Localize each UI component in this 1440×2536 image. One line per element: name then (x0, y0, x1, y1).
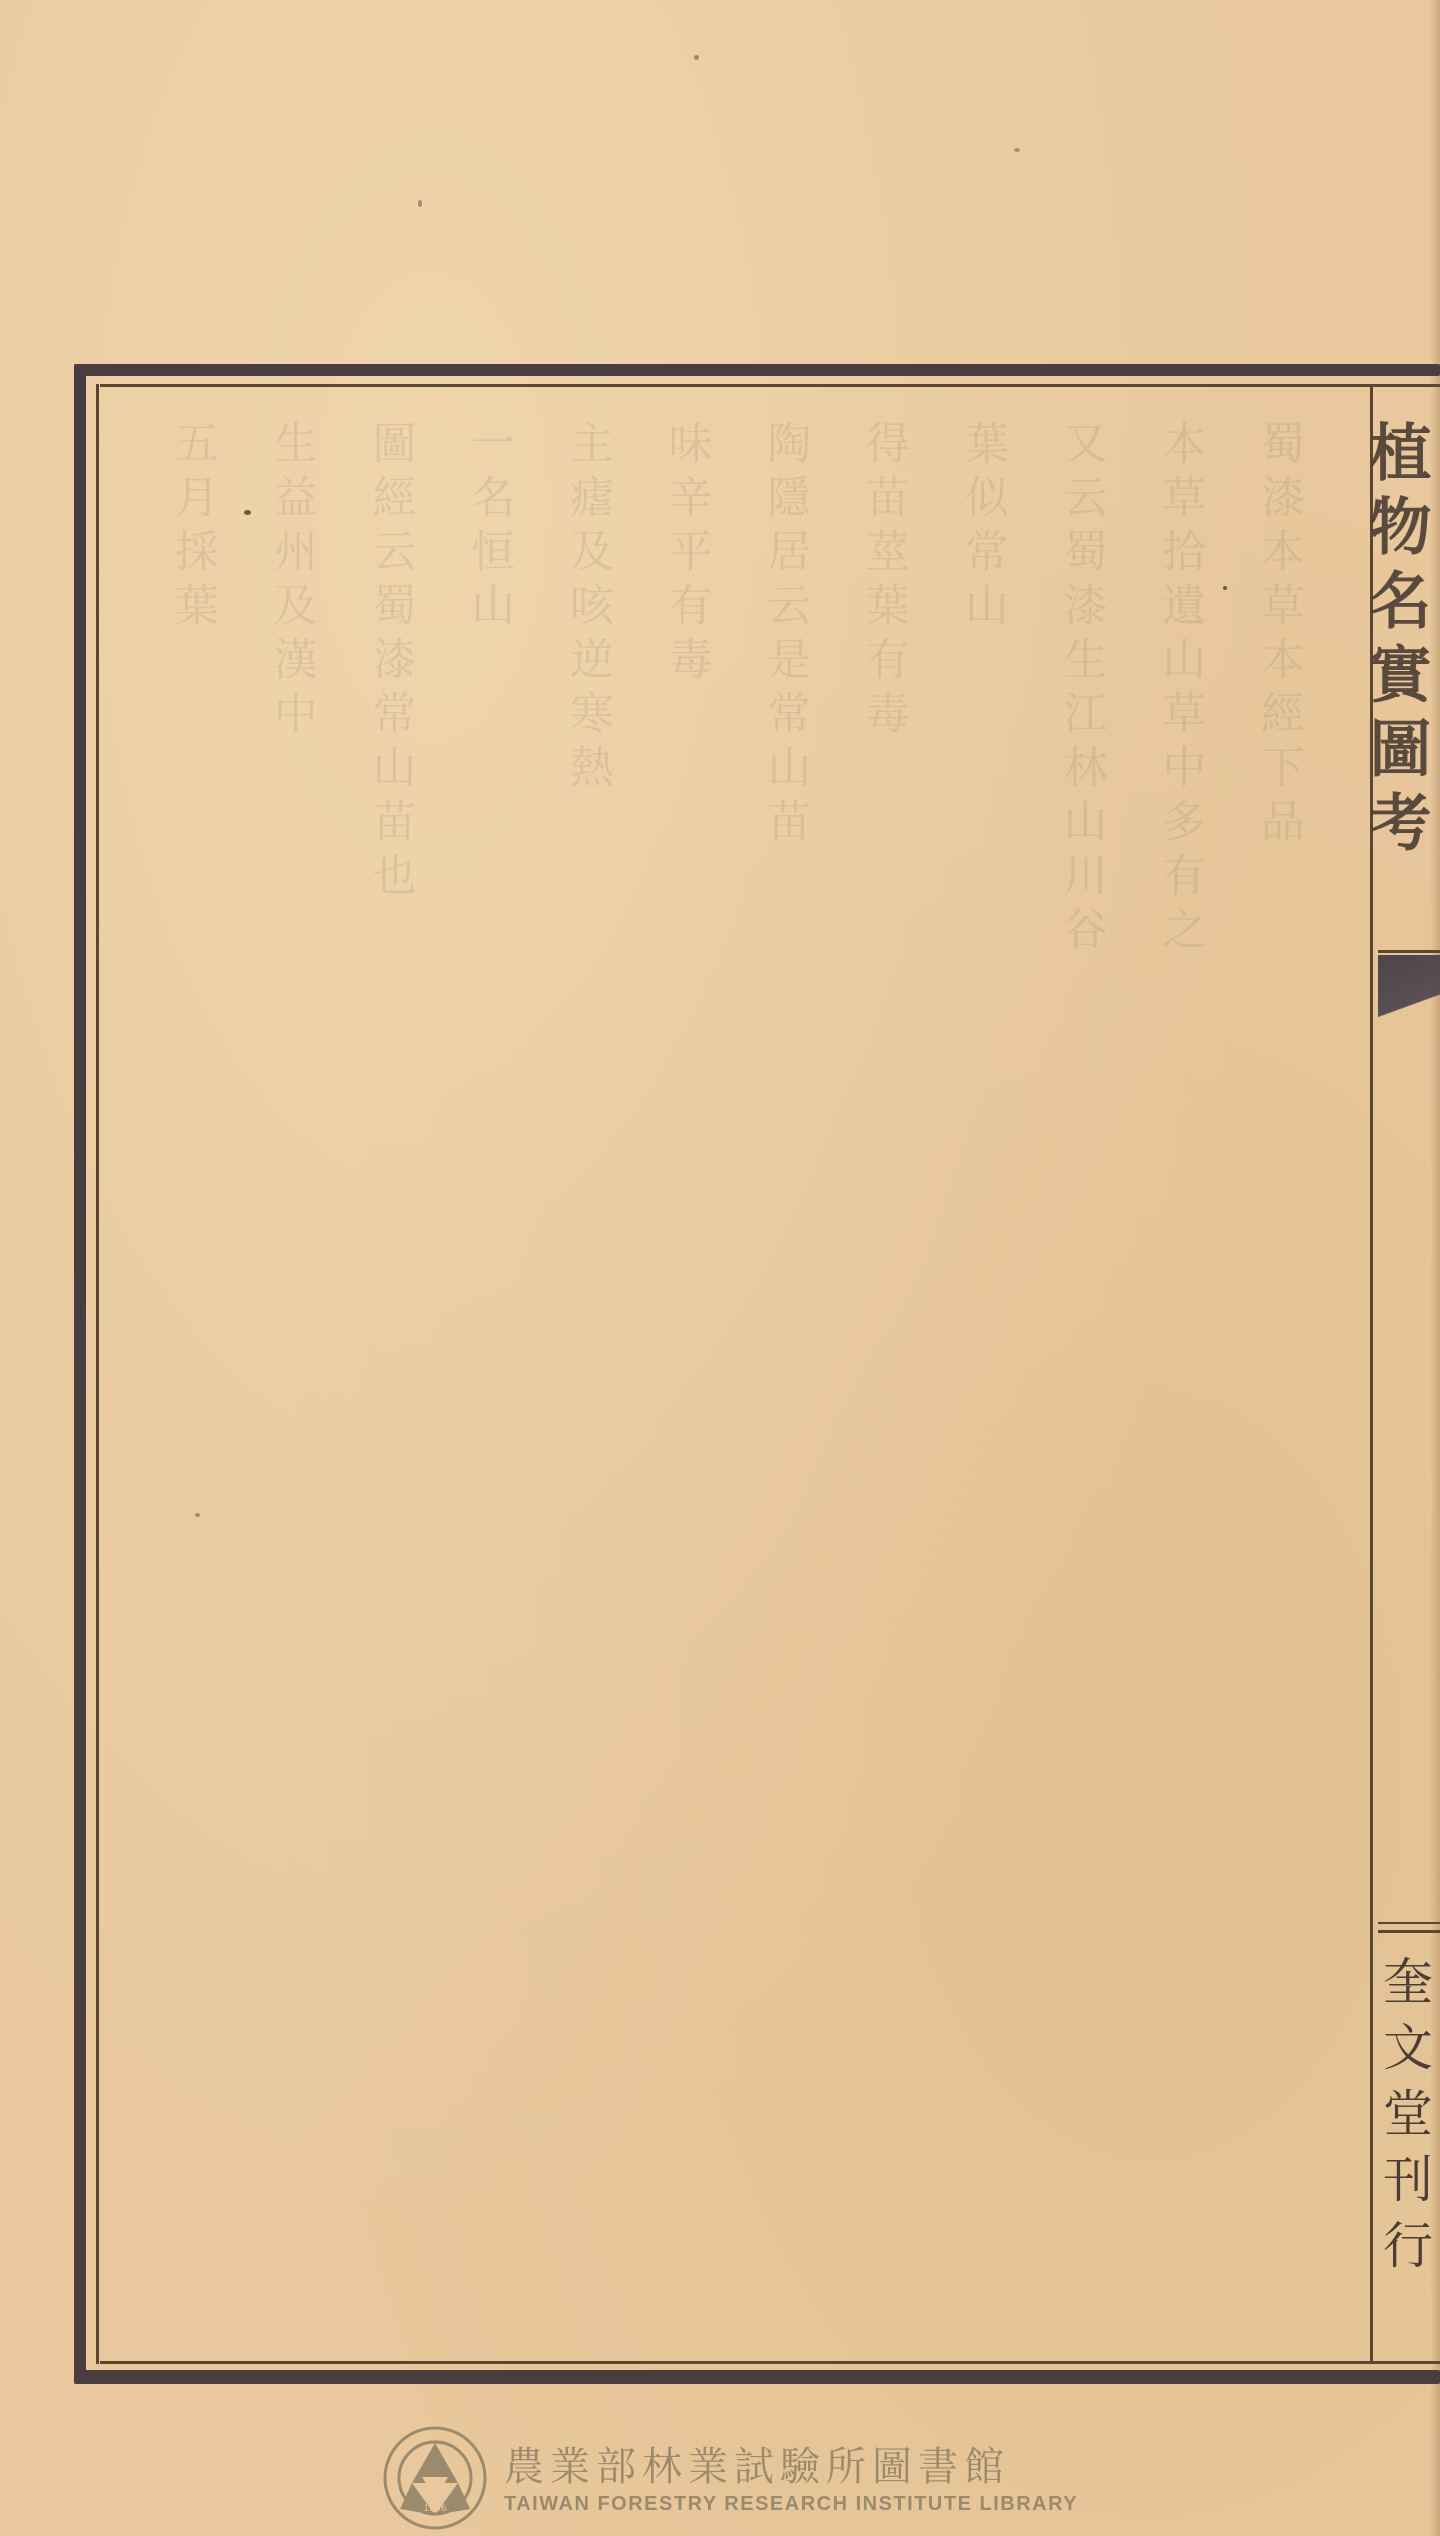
paper-speck (1014, 148, 1020, 152)
ghost-column: 葉似常山 (950, 420, 1014, 2320)
outer-border-left (74, 364, 86, 2330)
book-title: 植物名實圖考 (1372, 420, 1440, 940)
ghost-column: 生益州及漢中 (259, 420, 323, 2320)
paper-speck (1223, 586, 1227, 590)
fore-edge-lower-rule (1378, 1930, 1440, 1933)
library-watermark: 1896 農業部林業試驗所圖書館 TAIWAN FORESTRY RESEARC… (380, 2420, 1100, 2536)
fore-edge-lower-rule (1378, 1922, 1440, 1924)
ghost-column: 圖經云蜀漆常山苗也 (357, 420, 421, 2320)
outer-border-left (74, 2300, 86, 2380)
publisher-imprint: 奎文堂刊行 (1378, 1955, 1440, 2335)
ghost-column: 本草拾遺山草中多有之 (1147, 420, 1211, 2320)
paper-speck (418, 200, 422, 207)
inner-border-bottom (100, 2361, 1440, 2364)
ghost-column: 五月採葉 (160, 420, 224, 2320)
ghost-column: 一名恒山 (456, 420, 520, 2320)
ghost-column: 得苗莖葉有毒 (851, 420, 915, 2320)
fish-tail-mark (1378, 955, 1440, 1035)
ghost-column: 主瘧及咳逆寒熱 (555, 420, 619, 2320)
library-name-english: TAIWAN FORESTRY RESEARCH INSTITUTE LIBRA… (504, 2493, 1078, 2516)
inner-border-left (96, 384, 99, 2364)
ghost-column: 味辛平有毒 (654, 420, 718, 2320)
paper-speck (195, 1513, 200, 1517)
library-name-chinese: 農業部林業試驗所圖書館 (504, 2441, 1078, 2493)
outer-border-top (74, 364, 1440, 376)
ghost-column: 又云蜀漆生江林山川谷 (1048, 420, 1112, 2320)
ghost-column: 陶隱居云是常山苗 (752, 420, 816, 2320)
fish-tail-rule (1378, 950, 1440, 953)
paper-speck (244, 510, 251, 515)
bleed-through-text: 蜀漆本草本經下品 本草拾遺山草中多有之 又云蜀漆生江林山川谷 葉似常山 得苗莖葉… (120, 420, 1350, 2320)
outer-border-bottom (74, 2370, 1440, 2384)
svg-text:1896: 1896 (424, 2504, 447, 2514)
ghost-column: 蜀漆本草本經下品 (1246, 420, 1310, 2320)
inner-border-top (100, 384, 1440, 387)
paper-speck (694, 55, 699, 60)
institute-seal-icon: 1896 (380, 2423, 490, 2533)
